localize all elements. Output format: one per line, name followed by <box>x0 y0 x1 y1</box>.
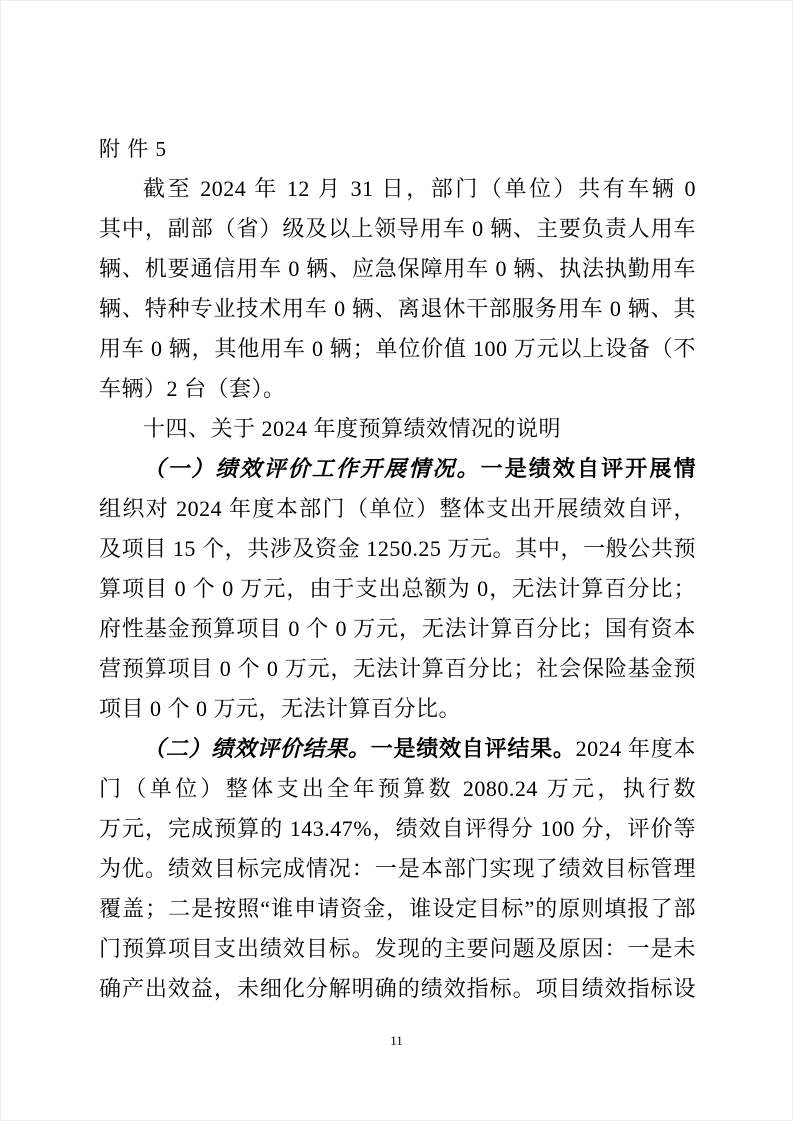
text-segment: 辆、特种专业技术用车 0 辆、离退休干部服务用车 0 辆、其他 <box>99 296 696 329</box>
text-segment: 门预算项目支出绩效目标。发现的主要问题及原因：一是未明 <box>99 936 696 969</box>
text-segment: 车辆）2 台（套）。 <box>99 376 286 401</box>
text-line: 营预算项目 0 个 0 万元，无法计算百分比；社会保险基金预算 <box>99 649 696 689</box>
text-segment: 辆、机要通信用车 0 辆、应急保障用车 0 辆、执法执勤用车 0 <box>99 256 696 289</box>
emphasis-segment: （一）绩效评价工作开展情况。 <box>143 456 481 481</box>
text-line: 及项目 15 个，共涉及资金 1250.25 万元。其中，一般公共预 <box>99 529 696 569</box>
document-page: 附 件 5 截至 2024 年 12 月 31 日，部门（单位）共有车辆 0 辆… <box>0 0 793 1121</box>
text-line: 算项目 0 个 0 万元，由于支出总额为 0，无法计算百分比；政 <box>99 569 696 609</box>
text-segment: 项目 0 个 0 万元，无法计算百分比。 <box>99 696 461 721</box>
text-line: 组织对 2024 年度本部门（单位）整体支出开展绩效自评，涉 <box>99 489 696 529</box>
text-line: 辆、机要通信用车 0 辆、应急保障用车 0 辆、执法执勤用车 0 <box>99 249 696 289</box>
document-body: 截至 2024 年 12 月 31 日，部门（单位）共有车辆 0 辆，其中，副部… <box>99 169 696 1009</box>
text-segment: 组织对 2024 年度本部门（单位）整体支出开展绩效自评，涉 <box>99 496 696 529</box>
text-line: 用车 0 辆，其他用车 0 辆；单位价值 100 万元以上设备（不含 <box>99 329 696 369</box>
text-line: 其中，副部（省）级及以上领导用车 0 辆、主要负责人用车 0 <box>99 209 696 249</box>
text-segment: 营预算项目 0 个 0 万元，无法计算百分比；社会保险基金预算 <box>99 656 696 689</box>
text-line: 十四、关于 2024 年度预算绩效情况的说明 <box>99 409 696 449</box>
text-segment: 用车 0 辆，其他用车 0 辆；单位价值 100 万元以上设备（不含 <box>99 336 696 369</box>
text-line: 辆、特种专业技术用车 0 辆、离退休干部服务用车 0 辆、其他 <box>99 289 696 329</box>
emphasis-segment: （二）绩效评价结果。 <box>143 736 371 761</box>
text-line: 确产出效益，未细化分解明确的绩效指标。项目绩效指标设计 <box>99 969 696 1009</box>
attachment-label: 附 件 5 <box>99 129 167 169</box>
text-line: 门预算项目支出绩效目标。发现的主要问题及原因：一是未明 <box>99 929 696 969</box>
text-line: 府性基金预算项目 0 个 0 万元，无法计算百分比；国有资本经 <box>99 609 696 649</box>
page-number: 11 <box>1 1033 792 1049</box>
text-line: 项目 0 个 0 万元，无法计算百分比。 <box>99 689 696 729</box>
text-line: 门（单位）整体支出全年预算数 2080.24 万元，执行数 2984.46 <box>99 769 696 809</box>
text-line: 车辆）2 台（套）。 <box>99 369 696 409</box>
emphasis-segment: 一是绩效自评结果。 <box>371 736 576 761</box>
text-line: 覆盖；二是按照“谁申请资金，谁设定目标”的原则填报了部 <box>99 889 696 929</box>
text-segment: 门（单位）整体支出全年预算数 2080.24 万元，执行数 2984.46 <box>99 776 696 809</box>
text-line: 为优。绩效目标完成情况：一是本部门实现了绩效目标管理全 <box>99 849 696 889</box>
text-line: （一）绩效评价工作开展情况。一是绩效自评开展情况。 <box>99 449 696 489</box>
text-line: 万元，完成预算的 143.47%，绩效自评得分 100 分，评价等级 <box>99 809 696 849</box>
text-segment: 其中，副部（省）级及以上领导用车 0 辆、主要负责人用车 0 <box>99 216 696 249</box>
text-segment: 及项目 15 个，共涉及资金 1250.25 万元。其中，一般公共预 <box>99 536 696 561</box>
text-line: 截至 2024 年 12 月 31 日，部门（单位）共有车辆 0 辆， <box>99 169 696 209</box>
text-segment: 算项目 0 个 0 万元，由于支出总额为 0，无法计算百分比；政 <box>99 576 696 609</box>
text-line: （二）绩效评价结果。一是绩效自评结果。2024 年度本部 <box>99 729 696 769</box>
text-segment: 十四、关于 2024 年度预算绩效情况的说明 <box>143 416 561 441</box>
text-segment: 府性基金预算项目 0 个 0 万元，无法计算百分比；国有资本经 <box>99 616 696 649</box>
text-segment: 万元，完成预算的 143.47%，绩效自评得分 100 分，评价等级 <box>99 816 696 849</box>
text-segment: 覆盖；二是按照“谁申请资金，谁设定目标”的原则填报了部 <box>99 896 696 921</box>
text-segment: 截至 2024 年 12 月 31 日，部门（单位）共有车辆 0 辆， <box>143 176 696 209</box>
text-segment: 为优。绩效目标完成情况：一是本部门实现了绩效目标管理全 <box>99 856 696 889</box>
text-segment: 确产出效益，未细化分解明确的绩效指标。项目绩效指标设计 <box>99 976 696 1009</box>
